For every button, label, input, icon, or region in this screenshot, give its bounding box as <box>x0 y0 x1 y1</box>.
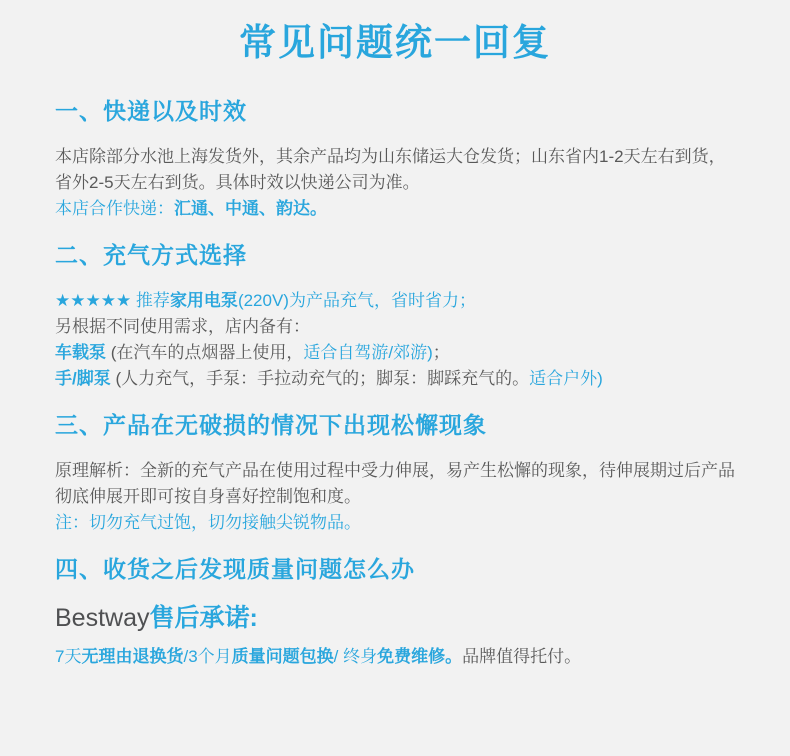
text-segment: (人力充气，手泵：手拉动充气的；脚泵：脚踩充气的。 <box>111 369 529 388</box>
text-segment: 质量问题包换 <box>232 647 334 666</box>
text-segment: 原理解析：全新的充气产品在使用过程中受力伸展，易产生松懈的现象，待伸展期过后产品… <box>55 461 735 506</box>
section-inflation: 二、充气方式选择 ★★★★★ 推荐家用电泵(220V)为产品充气，省时省力； 另… <box>55 240 735 392</box>
text-segment: 手/脚泵 <box>55 369 111 388</box>
shipping-description: 本店除部分水池上海发货外，其余产品均为山东储运大仓发货；山东省内1-2天左右到货… <box>55 144 735 196</box>
text-segment: 车载泵 <box>55 343 106 362</box>
text-segment: ； <box>433 343 450 362</box>
loosening-note: 注：切勿充气过饱，切勿接触尖锐物品。 <box>55 510 735 536</box>
section-loosening-heading: 三、产品在无破损的情况下出现松懈现象 <box>55 410 735 440</box>
text-segment: (220V)为产品充气，省时省力； <box>238 291 476 310</box>
loosening-explanation: 原理解析：全新的充气产品在使用过程中受力伸展，易产生松懈的现象，待伸展期过后产品… <box>55 458 735 510</box>
section-quality: 四、收货之后发现质量问题怎么办 Bestway售后承诺: 7天无理由退换货/3个… <box>55 554 735 670</box>
five-star-rating: ★★★★★ 推荐 <box>55 291 170 310</box>
text-segment: 品牌值得托付。 <box>462 647 581 666</box>
text-segment: 售后承诺: <box>149 604 257 632</box>
inflation-hand-foot-pump: 手/脚泵 (人力充气，手泵：手拉动充气的；脚泵：脚踩充气的。适合户外) <box>55 366 735 392</box>
text-segment: 汇通、中通、韵达。 <box>174 199 327 218</box>
section-inflation-heading: 二、充气方式选择 <box>55 240 735 270</box>
shipping-partners: 本店合作快递：汇通、中通、韵达。 <box>55 196 735 222</box>
text-segment: (在汽车的点烟器上使用， <box>106 343 303 362</box>
text-segment: 本店除部分水池上海发货外，其余产品均为山东储运大仓发货；山东省内1-2天左右到货… <box>55 147 726 192</box>
section-shipping-heading: 一、快递以及时效 <box>55 96 735 126</box>
text-segment: 本店合作快递： <box>55 199 174 218</box>
section-quality-heading: 四、收货之后发现质量问题怎么办 <box>55 554 735 584</box>
text-segment: 无理由退换货 <box>81 647 183 666</box>
section-shipping: 一、快递以及时效 本店除部分水池上海发货外，其余产品均为山东储运大仓发货；山东省… <box>55 96 735 222</box>
warranty-terms: 7天无理由退换货/3个月质量问题包换/ 终身免费维修。品牌值得托付。 <box>55 644 735 670</box>
text-segment: /3个月 <box>183 647 231 666</box>
text-segment: 注：切勿充气过饱，切勿接触尖锐物品。 <box>55 513 361 532</box>
text-segment: 7天 <box>55 647 81 666</box>
inflation-car-pump: 车载泵 (在汽车的点烟器上使用，适合自驾游/郊游)； <box>55 340 735 366</box>
text-segment: 适合自驾游/郊游) <box>303 343 432 362</box>
inflation-intro: 另根据不同使用需求，店内备有： <box>55 314 735 340</box>
text-segment: / 终身 <box>334 647 377 666</box>
section-loosening: 三、产品在无破损的情况下出现松懈现象 原理解析：全新的充气产品在使用过程中受力伸… <box>55 410 735 536</box>
text-segment: 另根据不同使用需求，店内备有： <box>55 317 310 336</box>
text-segment: 免费维修。 <box>377 647 462 666</box>
inflation-recommended-pump: ★★★★★ 推荐家用电泵(220V)为产品充气，省时省力； <box>55 288 735 314</box>
text-segment: 适合户外) <box>529 369 603 388</box>
page-title: 常见问题统一回复 <box>55 20 735 66</box>
text-segment: 家用电泵 <box>170 291 238 310</box>
after-sales-promise: Bestway售后承诺: <box>55 602 735 634</box>
faq-page: 常见问题统一回复 一、快递以及时效 本店除部分水池上海发货外，其余产品均为山东储… <box>0 0 790 756</box>
brand-name: Bestway <box>55 604 149 632</box>
